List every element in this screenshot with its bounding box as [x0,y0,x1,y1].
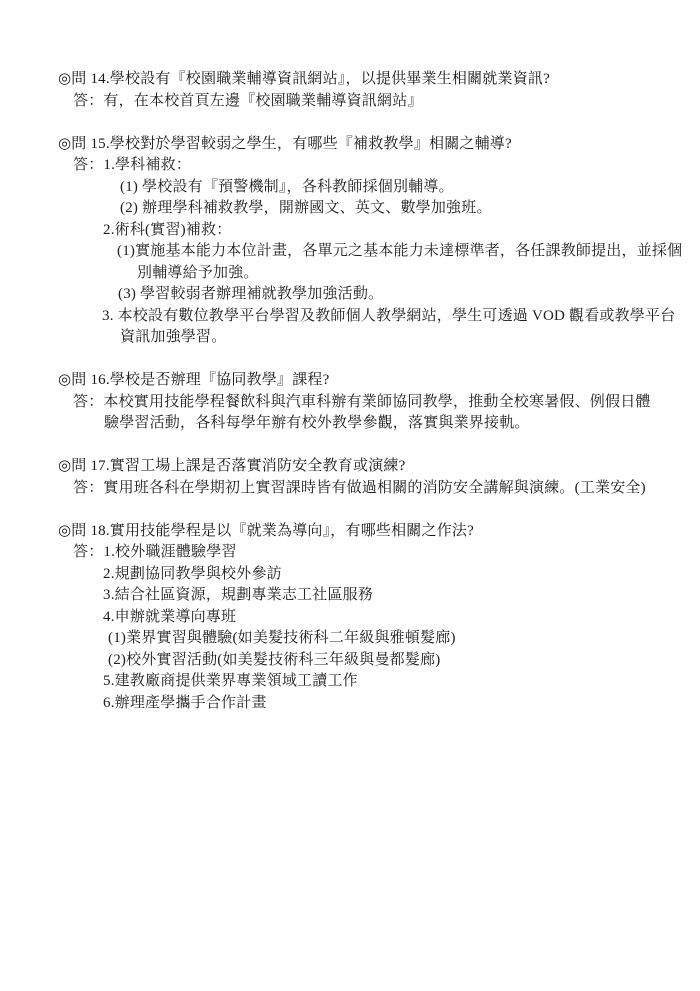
subitem-line: (1) 學校設有『預警機制』，各科教師採個別輔導。 [120,177,700,199]
answer-line: 答：有，在本校首頁左邊『校園職業輔導資訊網站』 [73,91,700,113]
qa-block-q18: ◎問 18.實用技能學程是以『就業為導向』，有哪些相關之作法?答：1.校外職涯體… [0,521,700,715]
item-line: 3. 本校設有數位教學平台學習及教師個人教學網站，學生可透過 VOD 觀看或教學… [102,306,700,328]
qa-block-q15: ◎問 15.學校對於學習較弱之學生，有哪些『補救教學』相關之輔導?答：1.學科補… [0,134,700,349]
answer-line: 答：1.校外職涯體驗學習 [73,542,700,564]
qa-document: ◎問 14.學校設有『校園職業輔導資訊網站』，以提供畢業生相關就業資訊?答：有，… [0,69,700,714]
question-line: ◎問 16.學校是否辦理『協同教學』課程? [58,370,700,392]
item-line: 3.結合社區資源，規劃專業志工社區服務 [103,585,700,607]
continuation-line: 資訊加強學習。 [120,327,700,349]
continuation-line: 別輔導給予加強。 [137,263,700,285]
subitem-line: (1)業界實習與體驗(如美髮技術科二年級與雅頓髮廊) [108,628,700,650]
qa-block-q16: ◎問 16.學校是否辦理『協同教學』課程?答：本校實用技能學程餐飲科與汽車科辦有… [0,370,700,435]
document-page: ◎問 14.學校設有『校園職業輔導資訊網站』，以提供畢業生相關就業資訊?答：有，… [0,0,700,991]
item-line: 6.辦理產學攜手合作計畫 [103,693,700,715]
qa-block-q14: ◎問 14.學校設有『校園職業輔導資訊網站』，以提供畢業生相關就業資訊?答：有，… [0,69,700,112]
continuation-line: 驗學習活動，各科每學年辦有校外教學參觀，落實與業界接軌。 [104,413,700,435]
qa-block-q17: ◎問 17.實習工場上課是否落實消防安全教育或演練?答：實用班各科在學期初上實習… [0,456,700,499]
item-line: 2.術科(實習)補救： [103,220,700,242]
item-line: 4.申辦就業導向專班 [103,607,700,629]
item-line: 2.規劃協同教學與校外參訪 [103,564,700,586]
question-line: ◎問 18.實用技能學程是以『就業為導向』，有哪些相關之作法? [58,521,700,543]
answer-line: 答：本校實用技能學程餐飲科與汽車科辦有業師協同教學，推動全校寒暑假、例假日體 [73,392,700,414]
answer-line: 答：1.學科補救： [73,155,700,177]
subitem-line: (2) 辦理學科補救教學，開辦國文、英文、數學加強班。 [120,198,700,220]
question-line: ◎問 15.學校對於學習較弱之學生，有哪些『補救教學』相關之輔導? [58,134,700,156]
answer-line: 答：實用班各科在學期初上實習課時皆有做過相關的消防安全講解與演練。(工業安全) [73,478,700,500]
subitem-line: (1)實施基本能力本位計畫，各單元之基本能力未達標準者，各任課教師提出，並採個 [117,241,700,263]
subitem-line: (3) 學習較弱者辦理補就教學加強活動。 [118,284,700,306]
subitem-line: (2)校外實習活動(如美髮技術科三年級與曼都髮廊) [108,650,700,672]
item-line: 5.建教廠商提供業界專業領域工讀工作 [103,671,700,693]
question-line: ◎問 14.學校設有『校園職業輔導資訊網站』，以提供畢業生相關就業資訊? [58,69,700,91]
question-line: ◎問 17.實習工場上課是否落實消防安全教育或演練? [58,456,700,478]
